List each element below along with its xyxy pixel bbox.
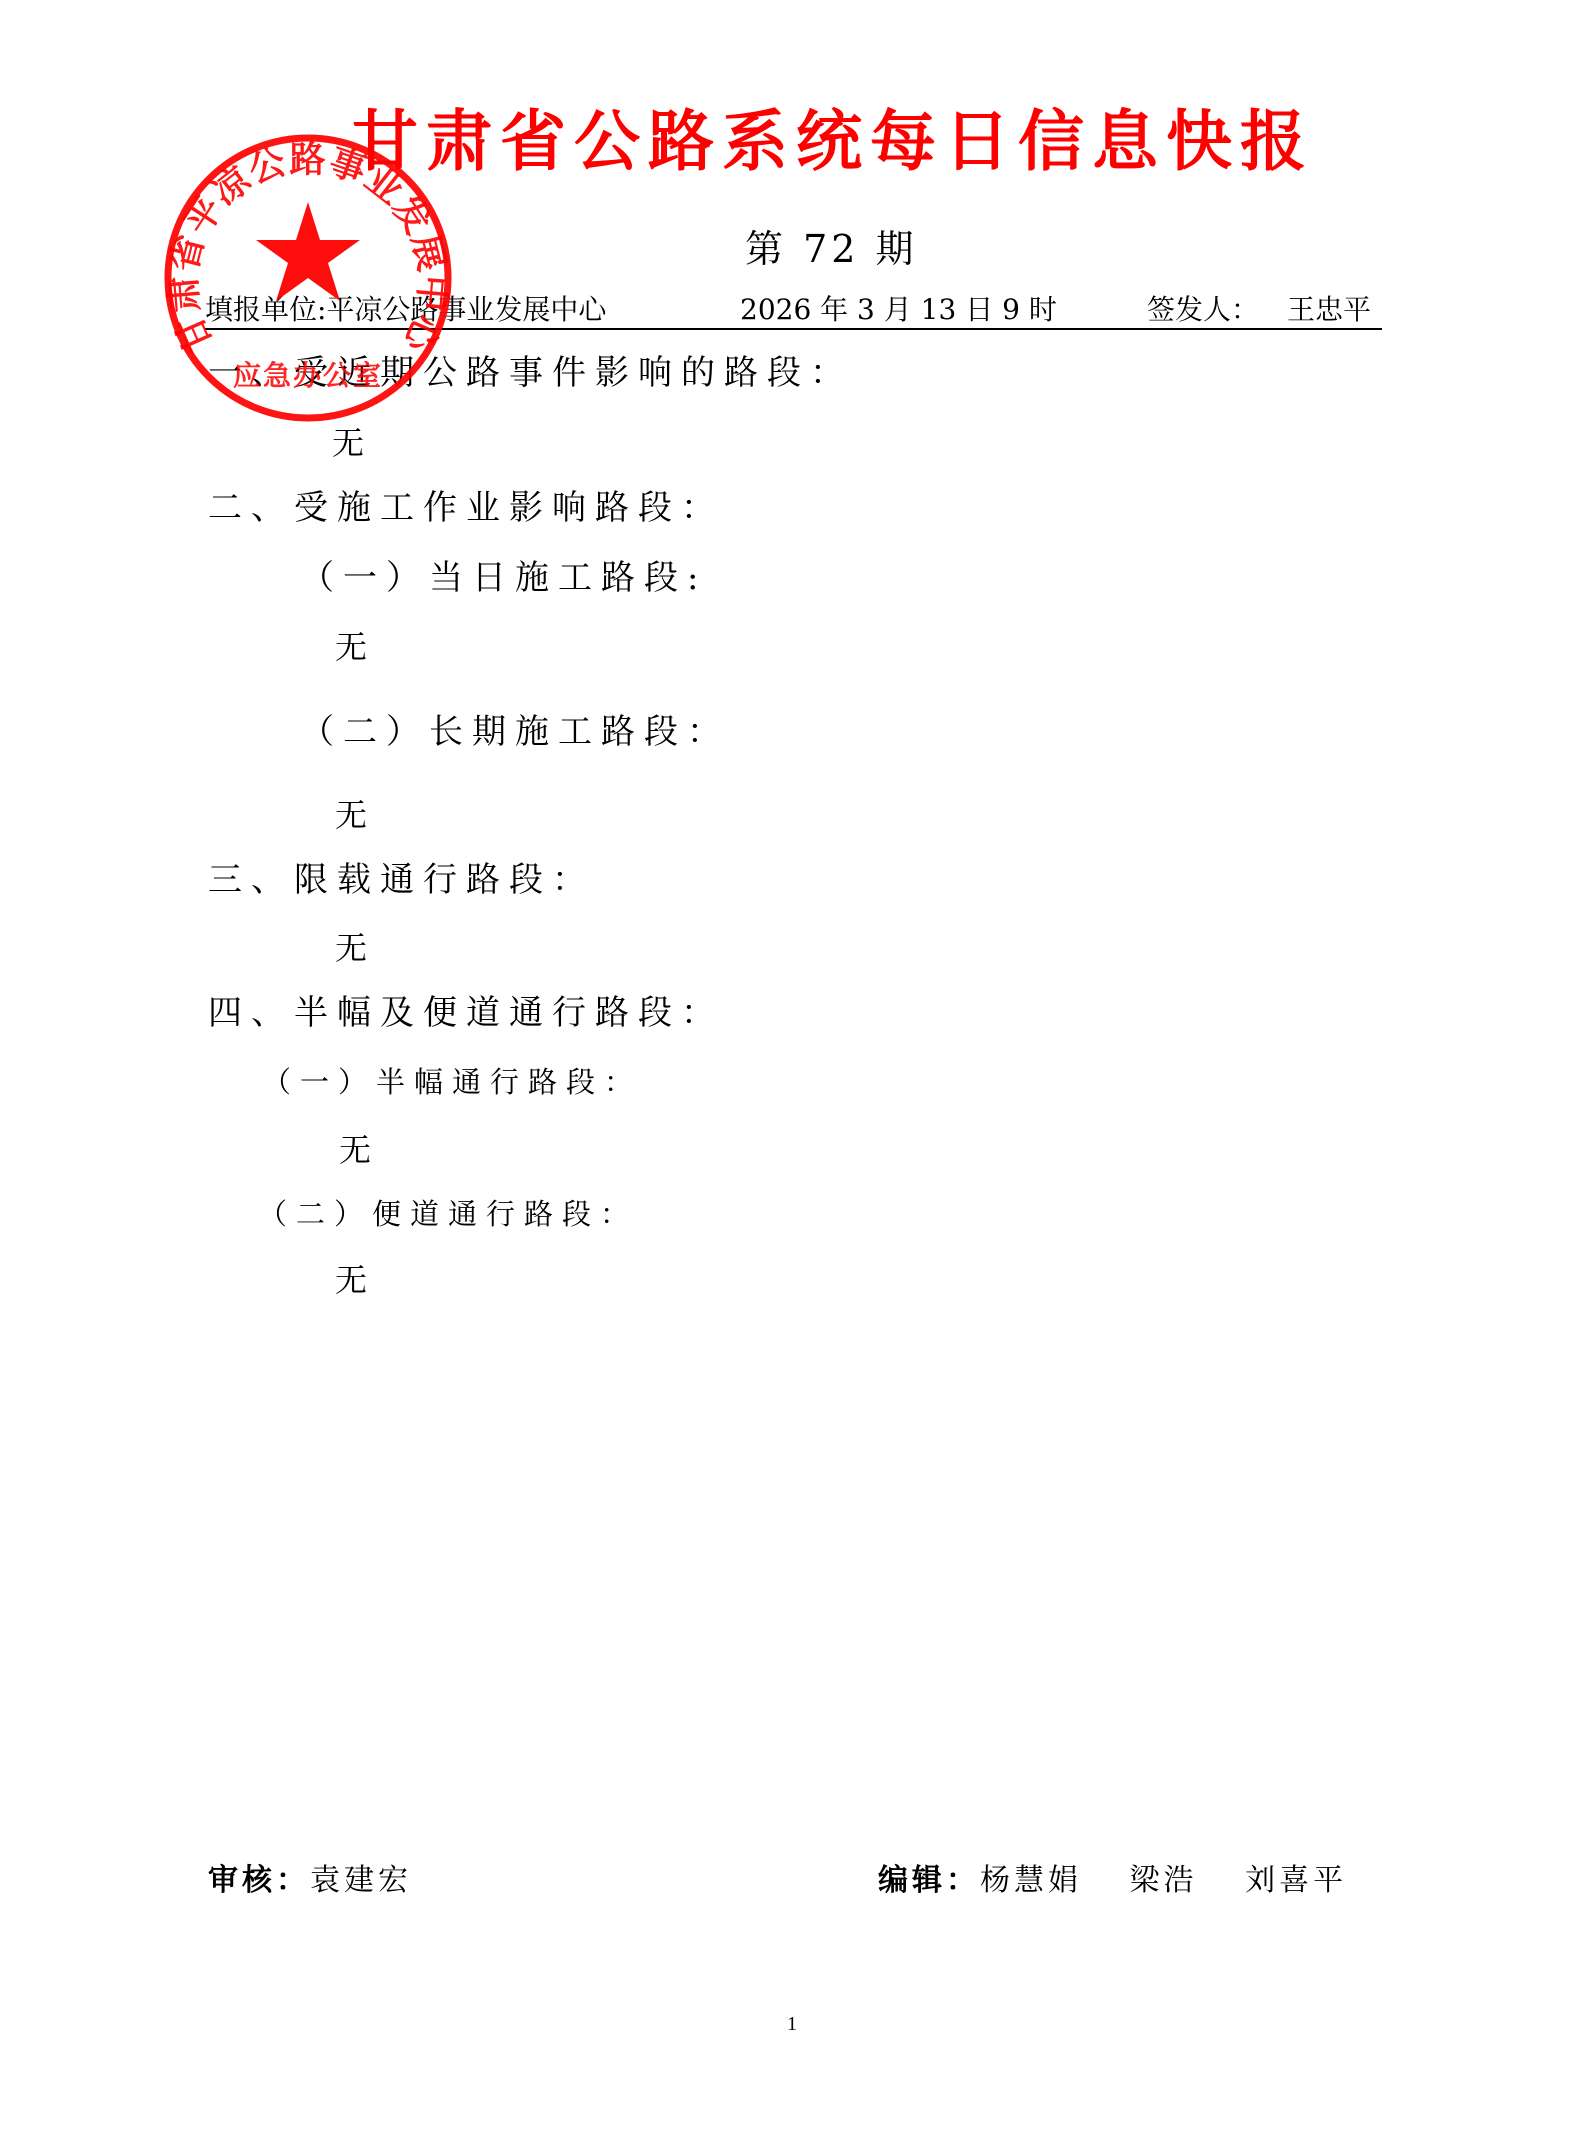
issue-number: 第 72 期 — [745, 230, 918, 268]
section-4-sub-2-content: 无 — [335, 1264, 367, 1296]
section-1-content: 无 — [332, 427, 364, 459]
section-2-sub-1-heading: （一）当日施工路段: — [300, 561, 707, 595]
section-4-sub-1-heading: （一）半幅通行路段： — [262, 1068, 642, 1097]
section-3-content: 无 — [335, 932, 367, 964]
reviewer-line: 审核：袁建宏 — [208, 1866, 412, 1896]
reviewer-name: 袁建宏 — [310, 1863, 412, 1898]
page-number: 1 — [787, 2014, 797, 2034]
star-icon — [256, 202, 360, 301]
section-2-heading: 二、受施工作业影响路段： — [208, 491, 724, 525]
document-title: 甘肃省公路系统每日信息快报 — [352, 108, 1254, 174]
editor-names: 杨慧娟 梁浩 刘喜平 — [980, 1863, 1347, 1898]
reviewer-label: 审核： — [208, 1863, 310, 1898]
reporting-unit: 填报单位:平凉公路事业发展中心 — [205, 296, 606, 324]
section-3-heading: 三、限载通行路段： — [208, 863, 595, 897]
report-datetime: 2026 年 3 月 13 日 9 时 — [740, 296, 1057, 324]
section-4-heading: 四、半幅及便道通行路段： — [208, 996, 724, 1030]
issuer-label: 签发人： — [1147, 296, 1259, 324]
section-4-sub-2-heading: （二）便道通行路段： — [258, 1200, 638, 1229]
section-2-sub-2-heading: （二）长期施工路段： — [300, 715, 730, 749]
editor-line: 编辑：杨慧娟 梁浩 刘喜平 — [878, 1866, 1347, 1896]
section-2-sub-2-content: 无 — [335, 799, 367, 831]
report-meta-row: 填报单位:平凉公路事业发展中心 2026 年 3 月 13 日 9 时 签发人：… — [205, 296, 1382, 330]
section-4-sub-1-content: 无 — [339, 1134, 371, 1166]
editor-label: 编辑： — [878, 1863, 980, 1898]
issuer-name: 王忠平 — [1287, 296, 1371, 324]
section-1-heading: 一、受近期公路事件影响的路段： — [208, 356, 853, 390]
section-2-sub-1-content: 无 — [335, 631, 367, 663]
